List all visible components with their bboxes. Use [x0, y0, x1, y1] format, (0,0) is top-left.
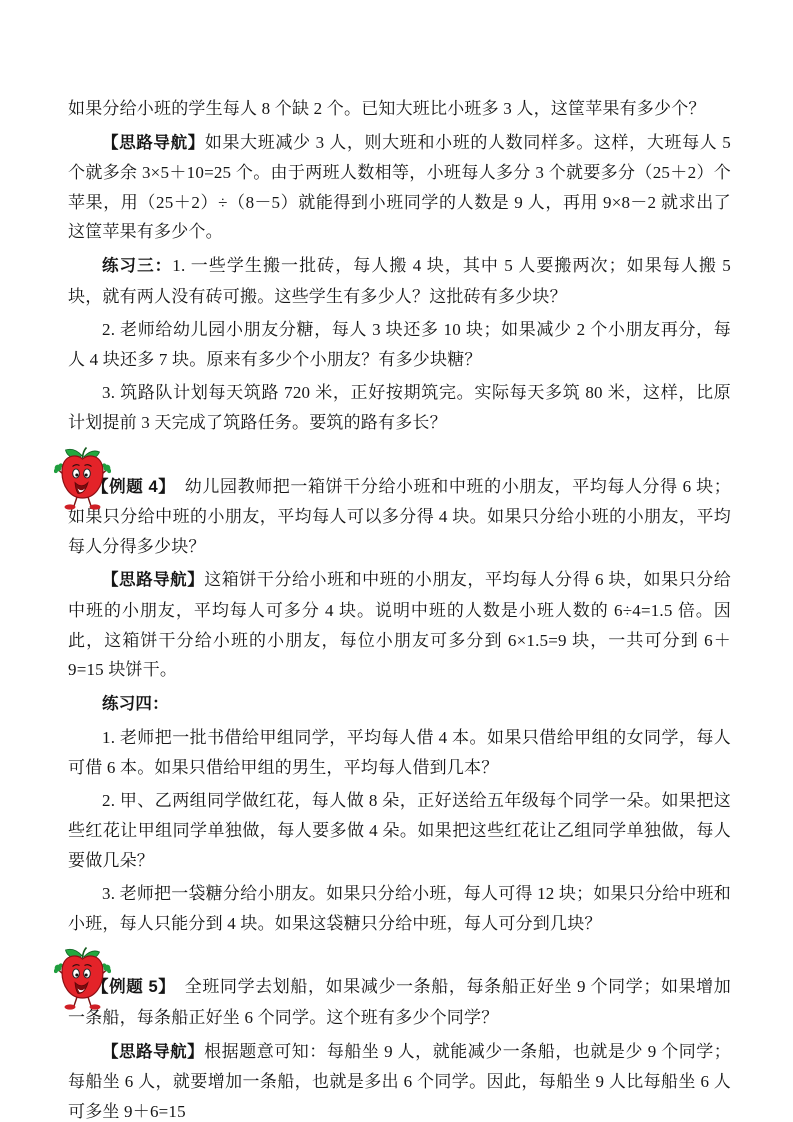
practice-item: 3. 筑路队计划每天筑路 720 米，正好按期筑完。实际每天多筑 80 米，这样…: [68, 378, 731, 437]
solution-prefix: 【思路导航】: [102, 571, 204, 589]
solution-prefix: 【思路导航】: [102, 1043, 204, 1061]
example-5-paragraph: 【例题 5】 全班同学去划船，如果减少一条船，每条船正好坐 9 个同学；如果增加…: [68, 972, 731, 1032]
paragraph-text: 2. 甲、乙两组同学做红花，每人做 8 朵，正好送给五年级每个同学一朵。如果把这…: [68, 791, 731, 869]
paragraph-text: 3. 老师把一袋糖分给小朋友。如果只分给小班，每人可得 12 块；如果只分给中班…: [68, 884, 731, 933]
paragraph-continuation: 如果分给小班的学生每人 8 个缺 2 个。已知大班比小班多 3 人，这筐苹果有多…: [68, 94, 731, 124]
page-text-content: 如果分给小班的学生每人 8 个缺 2 个。已知大班比小班多 3 人，这筐苹果有多…: [68, 94, 731, 1122]
solution-paragraph: 【思路导航】如果大班减少 3 人，则大班和小班的人数同样多。这样，大班每人 5 …: [68, 128, 731, 247]
paragraph-text: 如果分给小班的学生每人 8 个缺 2 个。已知大班比小班多 3 人，这筐苹果有多…: [68, 99, 706, 118]
practice-item: 2. 甲、乙两组同学做红花，每人做 8 朵，正好送给五年级每个同学一朵。如果把这…: [68, 786, 731, 875]
example-5-prefix: 【例题 5】: [92, 978, 167, 996]
practice-item: 1. 老师把一批书借给甲组同学，平均每人借 4 本。如果只借给甲组的女同学，每人…: [68, 723, 731, 782]
practice-item: 3. 老师把一袋糖分给小朋友。如果只分给小班，每人可得 12 块；如果只分给中班…: [68, 879, 731, 938]
example-5-block: 【例题 5】 全班同学去划船，如果减少一条船，每条船正好坐 9 个同学；如果增加…: [68, 972, 731, 1032]
practice-item: 2. 老师给幼儿园小朋友分糖，每人 3 块还多 10 块；如果减少 2 个小朋友…: [68, 315, 731, 374]
example-4-prefix: 【例题 4】: [92, 478, 167, 496]
example-4-paragraph: 【例题 4】 幼儿园教师把一箱饼干分给小班和中班的小朋友，平均每人分得 6 块；…: [68, 472, 731, 562]
paragraph-text: 幼儿园教师把一箱饼干分给小班和中班的小朋友，平均每人分得 6 块；如果只分给中班…: [68, 477, 731, 556]
document-page: 如果分给小班的学生每人 8 个缺 2 个。已知大班比小班多 3 人，这筐苹果有多…: [0, 0, 793, 1122]
solution-prefix: 【思路导航】: [102, 134, 205, 152]
solution-paragraph: 【思路导航】根据题意可知：每船坐 9 人，就能减少一条船，也就是少 9 个同学；…: [68, 1037, 731, 1122]
practice-three-prefix: 练习三：: [102, 257, 172, 275]
paragraph-text: 1. 老师把一批书借给甲组同学，平均每人借 4 本。如果只借给甲组的女同学，每人…: [68, 728, 731, 777]
paragraph-text: 2. 老师给幼儿园小朋友分糖，每人 3 块还多 10 块；如果减少 2 个小朋友…: [68, 320, 731, 369]
solution-paragraph: 【思路导航】这箱饼干分给小班和中班的小朋友，平均每人分得 6 块，如果只分给中班…: [68, 565, 731, 684]
practice-three-paragraph: 练习三：1. 一些学生搬一批砖，每人搬 4 块，其中 5 人要搬两次；如果每人搬…: [68, 251, 731, 311]
practice-four-paragraph: 练习四：: [68, 689, 731, 720]
practice-four-prefix: 练习四：: [102, 695, 169, 713]
paragraph-text: 全班同学去划船，如果减少一条船，每条船正好坐 9 个同学；如果增加一条船，每条船…: [68, 977, 731, 1027]
paragraph-text: 3. 筑路队计划每天筑路 720 米，正好按期筑完。实际每天多筑 80 米，这样…: [68, 383, 731, 432]
example-4-block: 【例题 4】 幼儿园教师把一箱饼干分给小班和中班的小朋友，平均每人分得 6 块；…: [68, 472, 731, 562]
